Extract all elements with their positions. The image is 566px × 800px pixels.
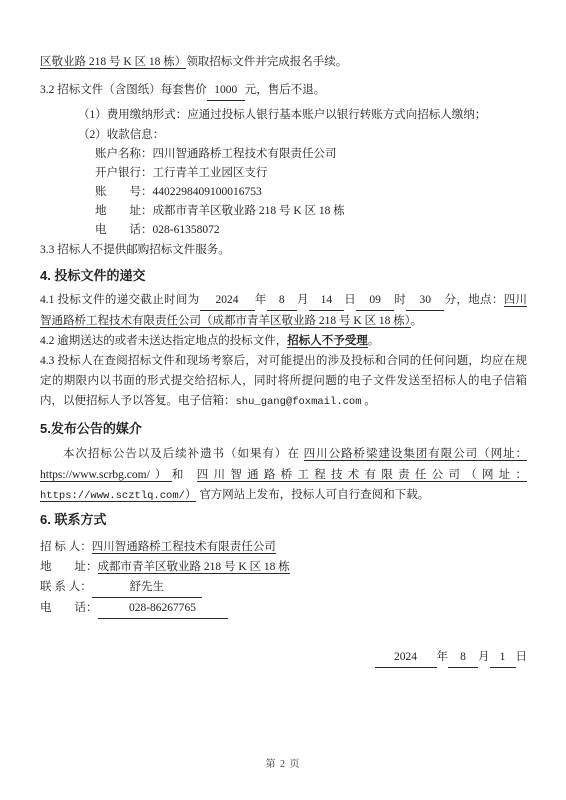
clause-4-1: 4.1 投标文件的递交截止时间为2024年8月14日09时30分，地点：四川智通…: [40, 290, 527, 331]
date-month-blank: 8: [448, 647, 478, 668]
field-value: 四川智通路桥工程技术有限责任公司: [92, 541, 276, 554]
tenderer-row: 招 标 人：四川智通路桥工程技术有限责任公司: [40, 537, 527, 557]
intro-continuation-line: 区敬业路 218 号 K 区 18 栋）领取招标文件并完成报名手续。: [40, 52, 527, 72]
deadline-minute-blank: 30: [406, 290, 444, 311]
deadline-year-blank: 2024: [200, 290, 255, 311]
field-label: 招 标 人：: [40, 541, 92, 553]
media2-name: 四川智通路桥工程技术有限责任公司（网址：: [197, 469, 527, 481]
clause-4-2: 4.2 逾期送达的或者未送达指定地点的投标文件，招标人不予受理。: [40, 331, 527, 351]
media-para-pre: 本次招标公告以及后续补遗书（如果有）在: [63, 448, 304, 460]
media1-close: ）: [150, 469, 172, 481]
field-label: 电 话：: [95, 224, 153, 236]
date-month-unit: 月: [478, 651, 490, 663]
media2-url: https://www.scztlq.com/: [40, 490, 185, 502]
address-row: 地 址：成都市青羊区敬业路 218 号 K 区 18 栋: [40, 202, 527, 221]
field-value: 四川智通路桥工程技术有限责任公司: [153, 148, 337, 160]
minute-unit: 分，地点：: [444, 294, 503, 306]
document-date: 2024年8月1日: [40, 647, 527, 668]
bank-account-block: 账户名称：四川智通路桥工程技术有限责任公司 开户银行：工行青羊工业园区支行 账 …: [40, 145, 527, 240]
document-content: 区敬业路 218 号 K 区 18 栋）领取招标文件并完成报名手续。 3.2 招…: [40, 52, 527, 668]
clause-3-2: 3.2 招标文件（含图纸）每套售价1000元，售后不退。: [40, 80, 527, 101]
hour-unit: 时: [394, 294, 406, 306]
address-underlined: 区敬业路 218 号 K 区 18 栋）: [40, 56, 186, 69]
contact-person-blank: 舒先生: [92, 577, 202, 598]
clause-3-2-text: 3.2 招标文件（含图纸）每套售价: [40, 84, 207, 96]
deadline-hour-blank: 09: [356, 290, 394, 311]
contact-phone-row: 电 话：028-86267765: [40, 598, 527, 619]
phone-row: 电 话：028-61358072: [40, 221, 527, 240]
section-5-heading: 5.发布公告的媒介: [40, 419, 527, 439]
announcement-media-paragraph: 本次招标公告以及后续补遗书（如果有）在 四川公路桥梁建设集团有限公司（网址：ht…: [40, 444, 527, 507]
field-label: 开户银行：: [95, 167, 153, 179]
account-number-row: 账 号：4402298409100016753: [40, 183, 527, 202]
clause-4-3: 4.3 投标人在查阅招标文件和现场考察后，对可能提出的涉及投标和合同的任何问题，…: [40, 351, 527, 412]
contact-email: shu_gang@foxmail.com: [236, 396, 362, 408]
clause-3-2-sub2: （2）收款信息：: [40, 125, 527, 145]
page-number: 第 2 页: [0, 755, 566, 775]
year-unit: 年: [255, 294, 267, 306]
tenderer-address-row: 地 址：成都市青羊区敬业路 218 号 K 区 18 栋: [40, 557, 527, 577]
field-label: 账户名称：: [95, 148, 153, 160]
field-label: 地 址：: [95, 205, 153, 217]
field-value: 工行青羊工业园区支行: [153, 167, 268, 179]
field-value: 4402298409100016753: [153, 186, 262, 198]
clause-3-2-sub1: （1）费用缴纳形式：应通过投标人银行基本账户以银行转账方式向招标人缴纳；: [40, 105, 527, 125]
field-label: 地 址：: [40, 561, 98, 573]
date-day-unit: 日: [516, 651, 528, 663]
date-year-unit: 年: [437, 651, 449, 663]
clause-4-1-end: 。: [411, 315, 423, 327]
clause-3-3: 3.3 招标人不提供邮购招标文件服务。: [40, 240, 527, 260]
date-year-blank: 2024: [375, 647, 437, 668]
media2-close: ）: [185, 489, 197, 501]
media-para-post: 官方网站上发布，投标人可自行查阅和下载。: [196, 489, 429, 501]
field-label: 账 号：: [95, 186, 153, 198]
clause-4-1-pre: 4.1 投标文件的递交截止时间为: [40, 294, 200, 306]
contact-person-row: 联 系 人：舒先生: [40, 577, 527, 598]
field-label: 电 话：: [40, 602, 98, 614]
day-unit: 日: [344, 294, 356, 306]
clause-4-2-pre: 4.2 逾期送达的或者未送达指定地点的投标文件，: [40, 335, 287, 347]
rejection-emphasis: 招标人不予受理: [287, 335, 368, 348]
clause-3-2-tail: 元，售后不退。: [245, 84, 326, 96]
field-value: 028-61358072: [153, 224, 220, 236]
deadline-month-blank: 8: [267, 290, 297, 311]
field-label: 联 系 人：: [40, 581, 92, 593]
intro-rest: 领取招标文件并完成报名手续。: [186, 56, 347, 68]
contact-block: 招 标 人：四川智通路桥工程技术有限责任公司 地 址：成都市青羊区敬业路 218…: [40, 537, 527, 619]
bank-row: 开户银行：工行青羊工业园区支行: [40, 164, 527, 183]
clause-4-3-end: 。: [362, 395, 376, 407]
month-unit: 月: [297, 294, 309, 306]
deadline-day-blank: 14: [309, 290, 344, 311]
media1-url: https://www.scrbg.com/: [40, 469, 150, 481]
media1-name: 四川公路桥梁建设集团有限公司（网址：: [304, 448, 527, 460]
section-4-heading: 4. 投标文件的递交: [40, 266, 527, 286]
field-value: 成都市青羊区敬业路 218 号 K 区 18 栋: [98, 561, 290, 574]
section-6-heading: 6. 联系方式: [40, 510, 527, 530]
account-name-row: 账户名称：四川智通路桥工程技术有限责任公司: [40, 145, 527, 164]
date-day-blank: 1: [490, 647, 516, 668]
field-value: 成都市青羊区敬业路 218 号 K 区 18 栋: [153, 205, 345, 217]
contact-phone-blank: 028-86267765: [98, 598, 228, 619]
price-blank: 1000: [207, 80, 245, 101]
document-page: 区敬业路 218 号 K 区 18 栋）领取招标文件并完成报名手续。 3.2 招…: [0, 0, 566, 800]
media-para-mid: 和: [172, 469, 197, 481]
clause-4-2-end: 。: [368, 335, 380, 347]
